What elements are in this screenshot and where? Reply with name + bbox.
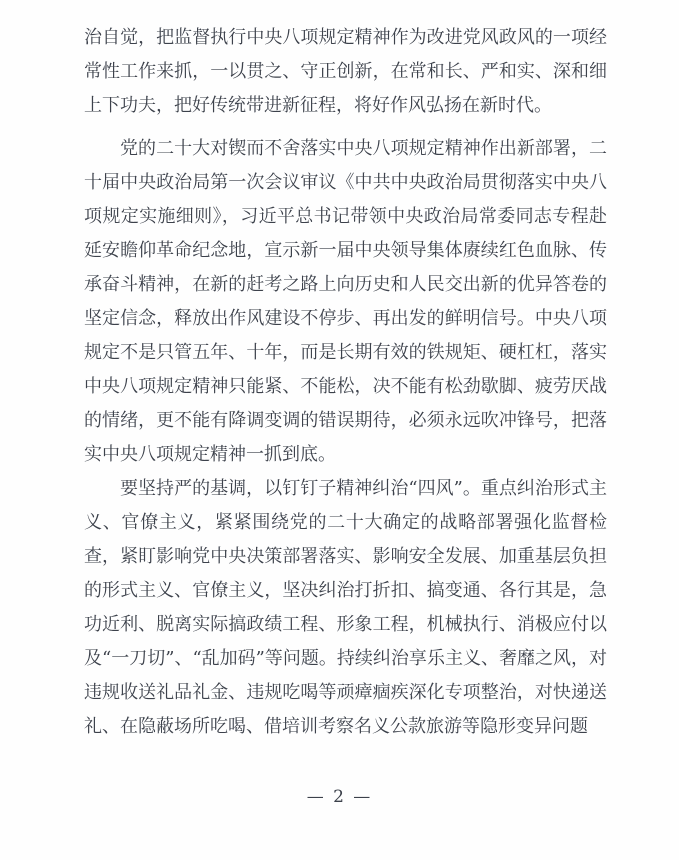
paragraph-continued: 治自觉，把监督执行中央八项规定精神作为改进党风政风的一项经常性工作来抓，一以贯之… — [84, 21, 607, 123]
document-body: 治自觉，把监督执行中央八项规定精神作为改进党风政风的一项经常性工作来抓，一以贯之… — [84, 21, 607, 744]
page-number: — 2 — — [307, 787, 373, 807]
page-footer: — 2 — — [0, 787, 679, 807]
paragraph: 要坚持严的基调，以钉钉子精神纠治“四风”。重点纠治形式主义、官僚主义，紧紧围绕党… — [84, 472, 607, 744]
document-page: 治自觉，把监督执行中央八项规定精神作为改进党风政风的一项经常性工作来抓，一以贯之… — [0, 0, 679, 860]
paragraph: 党的二十大对锲而不舍落实中央八项规定精神作出新部署，二十届中央政治局第一次会议审… — [84, 132, 607, 472]
